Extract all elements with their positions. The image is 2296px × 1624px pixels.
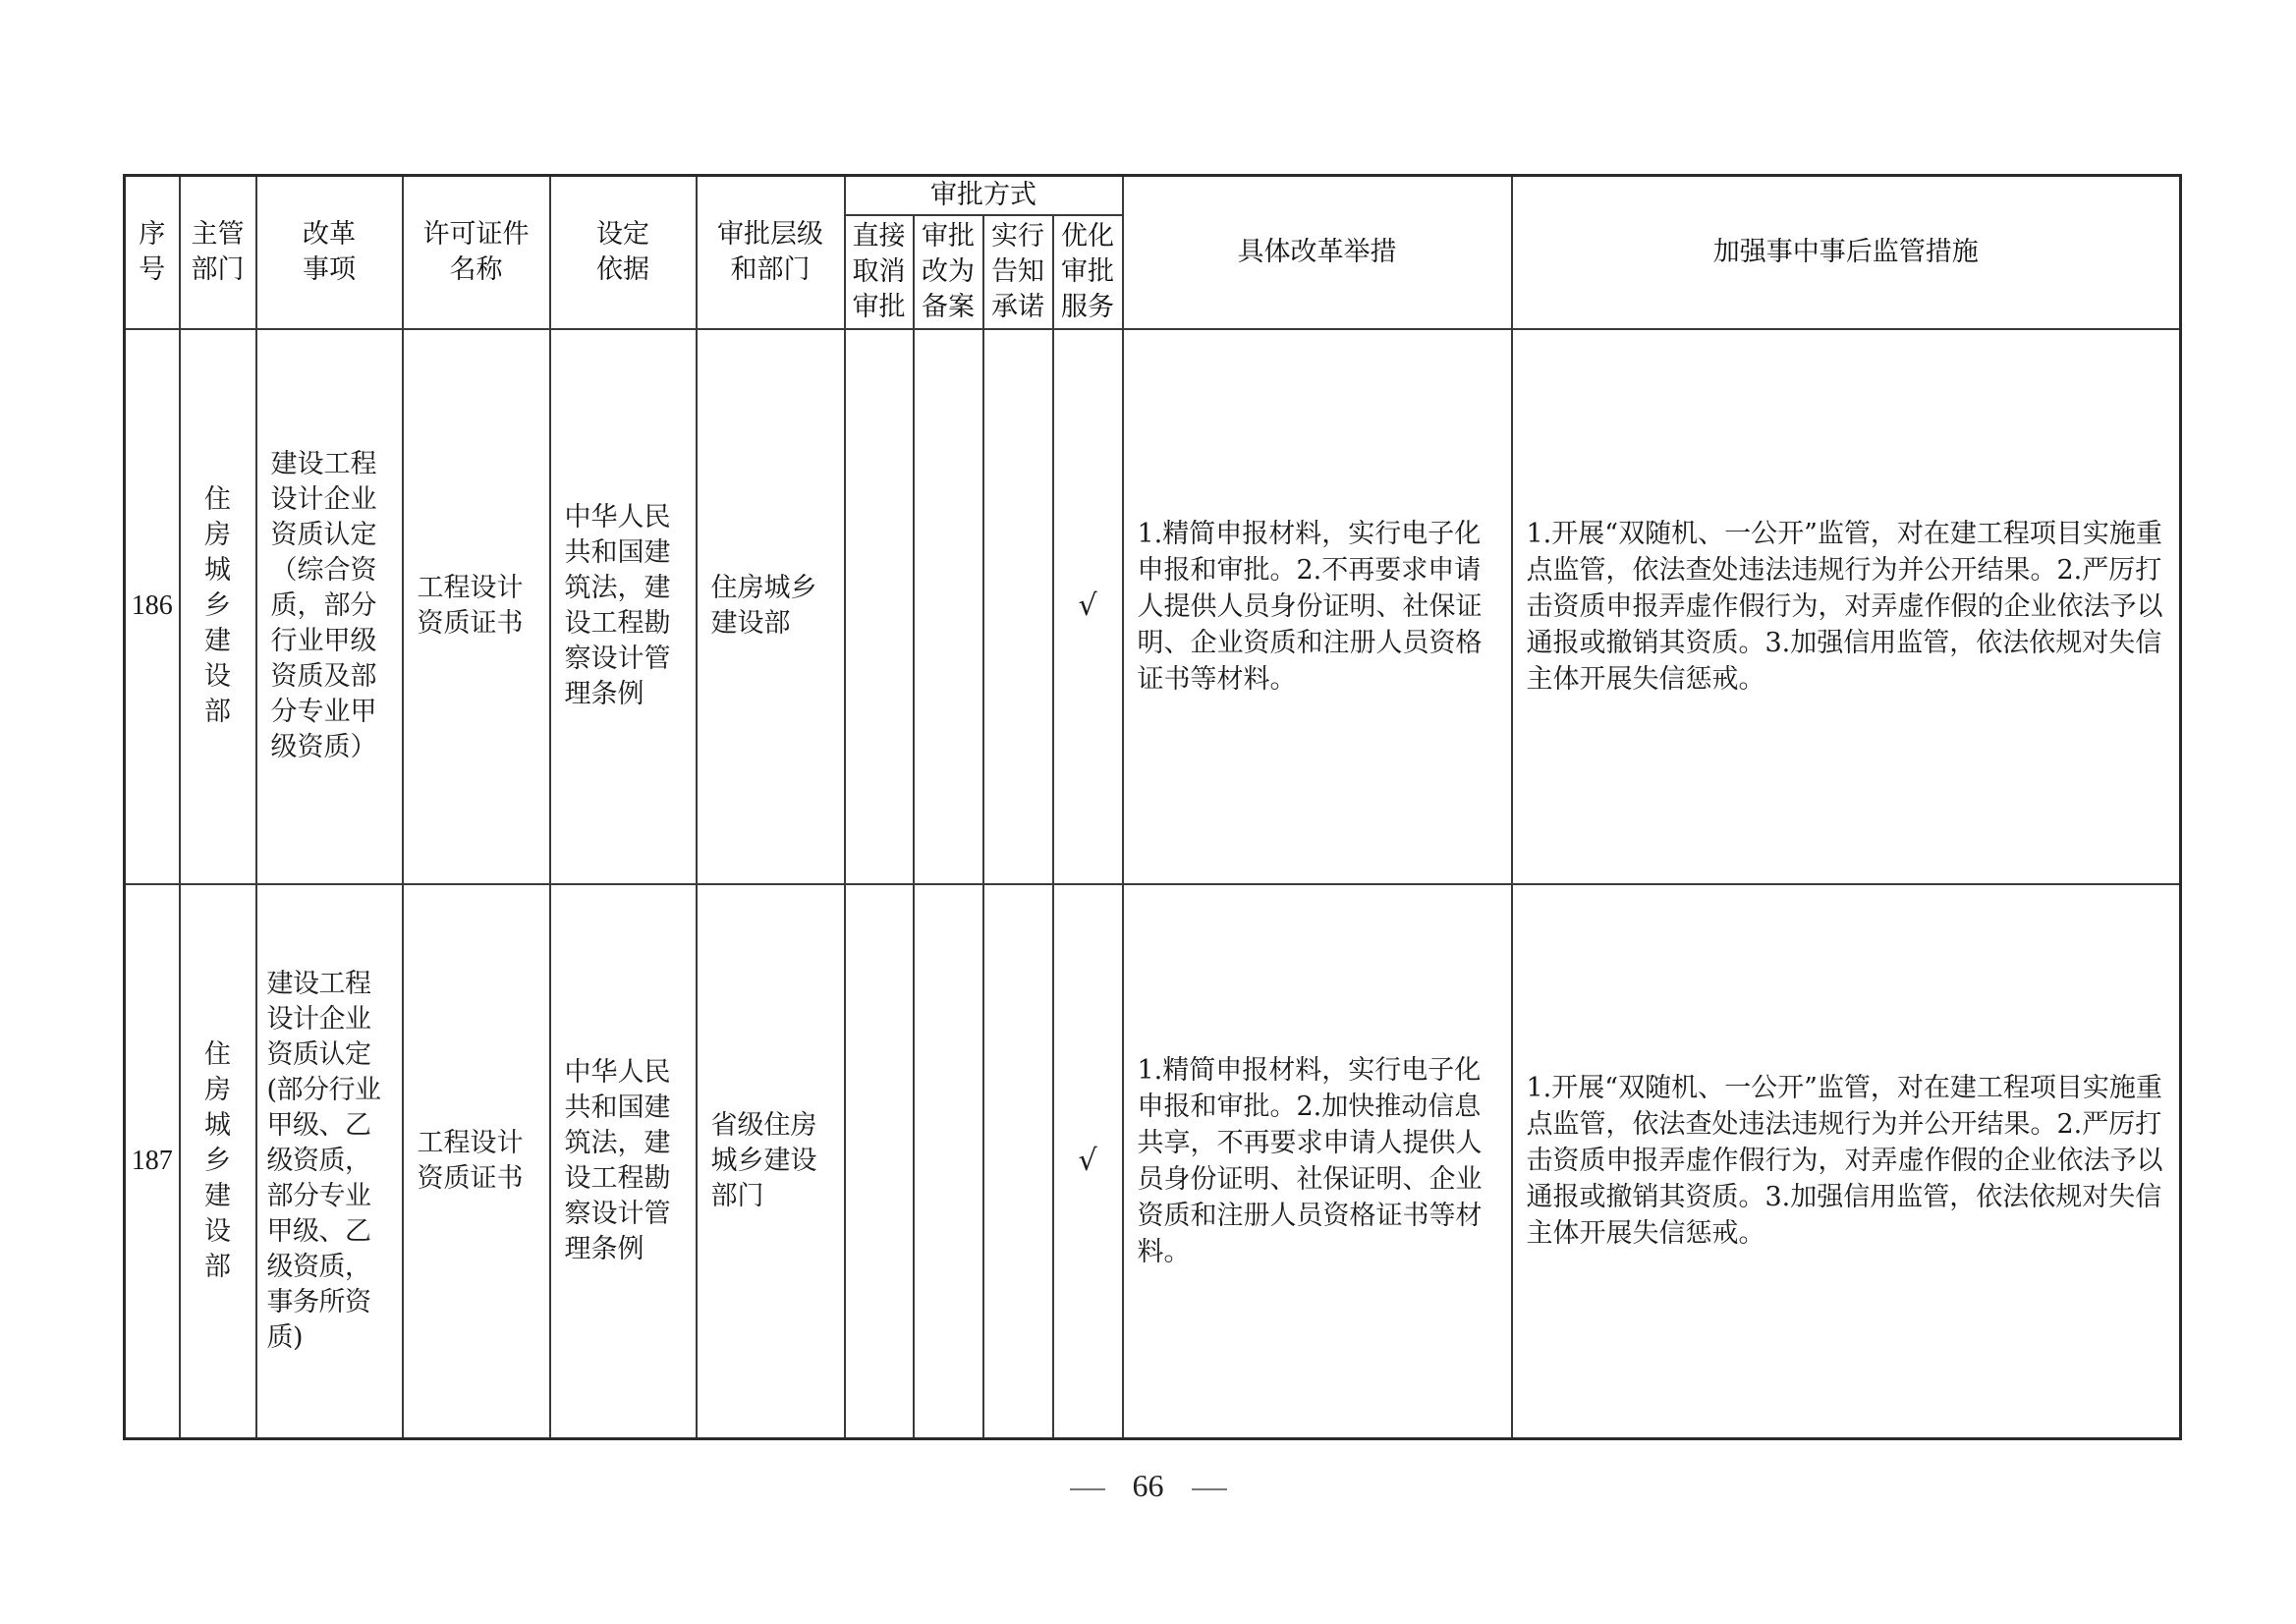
header-item: 改革事项 [256,176,403,329]
row-level: 住房城乡建设部 [697,329,845,884]
row-seq: 187 [125,884,180,1439]
dash-right-decoration [1192,1488,1227,1490]
row-mode-notify [983,884,1053,1439]
row-basis: 中华人民共和国建筑法，建设工程勘察设计管理条例 [550,329,697,884]
dash-left-decoration [1070,1488,1105,1490]
header-level: 审批层级和部门 [697,176,845,329]
page-number: 66 [1133,1468,1164,1503]
row-dept: 住房城乡建设部 [180,329,256,884]
row-item: 建设工程设计企业资质认定(部分行业甲级、乙级资质，部分专业甲级、乙级资质，事务所… [256,884,403,1439]
row-mode-cancel [845,884,914,1439]
row-measures: 1.精简申报材料，实行电子化申报和审批。2.加快推动信息共享，不再要求申请人提供… [1123,884,1512,1439]
table-row: 187 住房城乡建设部 建设工程设计企业资质认定(部分行业甲级、乙级资质，部分专… [125,884,2181,1439]
row-level: 省级住房城乡建设部门 [697,884,845,1439]
table-row: 186 住房城乡建设部 建设工程设计企业资质认定（综合资质，部分行业甲级资质及部… [125,329,2181,884]
row-mode-record [914,329,983,884]
header-measures: 具体改革举措 [1123,176,1512,329]
header-mode-record: 审批改为备案 [914,215,983,329]
row-measures: 1.精简申报材料，实行电子化申报和审批。2.不再要求申请人提供人员身份证明、社保… [1123,329,1512,884]
row-license: 工程设计资质证书 [403,884,550,1439]
document-page: 序号 主管部门 改革事项 许可证件名称 设定依据 审批层级和部门 审批方式 具体… [0,0,2296,1624]
row-supervision: 1.开展“双随机、一公开”监管，对在建工程项目实施重点监管，依法查处违法违规行为… [1512,329,2181,884]
row-seq: 186 [125,329,180,884]
row-item: 建设工程设计企业资质认定（综合资质，部分行业甲级资质及部分专业甲级资质） [256,329,403,884]
row-mode-notify [983,329,1053,884]
header-mode-optimize: 优化审批服务 [1053,215,1123,329]
row-dept: 住房城乡建设部 [180,884,256,1439]
header-dept: 主管部门 [180,176,256,329]
page-number-footer: 66 [0,1468,2296,1504]
row-mode-record [914,884,983,1439]
header-mode-notify: 实行告知承诺 [983,215,1053,329]
header-mode-cancel: 直接取消审批 [845,215,914,329]
header-seq: 序号 [125,176,180,329]
header-basis: 设定依据 [550,176,697,329]
row-supervision: 1.开展“双随机、一公开”监管，对在建工程项目实施重点监管，依法查处违法违规行为… [1512,884,2181,1439]
row-mode-optimize-check: √ [1053,329,1123,884]
row-mode-cancel [845,329,914,884]
row-license: 工程设计资质证书 [403,329,550,884]
header-license: 许可证件名称 [403,176,550,329]
row-mode-optimize-check: √ [1053,884,1123,1439]
header-supervision: 加强事中事后监管措施 [1512,176,2181,329]
header-approval-mode: 审批方式 [845,176,1123,215]
row-basis: 中华人民共和国建筑法，建设工程勘察设计管理条例 [550,884,697,1439]
reform-table: 序号 主管部门 改革事项 许可证件名称 设定依据 审批层级和部门 审批方式 具体… [123,174,2182,1440]
